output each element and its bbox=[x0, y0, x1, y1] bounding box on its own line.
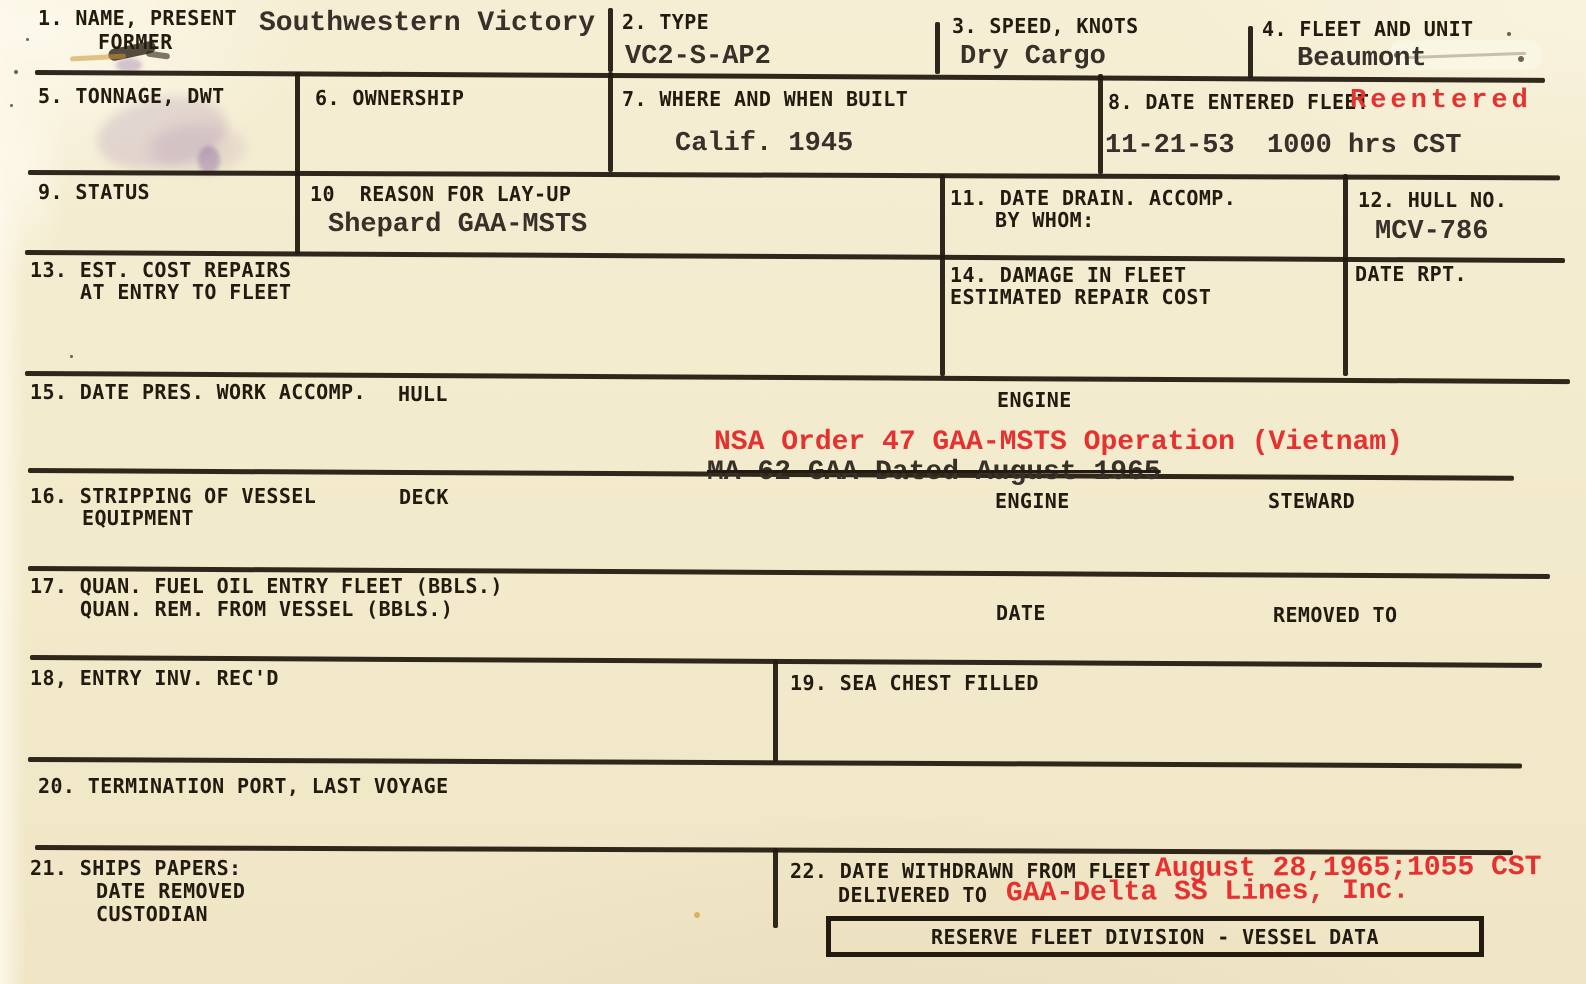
grid-line-v1 bbox=[608, 8, 613, 72]
field-5-label: 5. TONNAGE, DWT bbox=[38, 84, 225, 108]
field-12-label: 12. HULL NO. bbox=[1358, 188, 1507, 212]
field-9-label: 9. STATUS bbox=[38, 180, 150, 204]
grid-line-v10 bbox=[773, 660, 778, 762]
field-16-steward-label: STEWARD bbox=[1268, 489, 1355, 513]
field-8-value: 11-21-53 1000 hrs CST bbox=[1105, 131, 1461, 161]
paper-speck-orange bbox=[694, 912, 700, 918]
field-16-sublabel: EQUIPMENT bbox=[82, 506, 194, 530]
vessel-data-card: 1. NAME, PRESENT FORMER Southwestern Vic… bbox=[0, 0, 1586, 984]
field-6-label: 6. OWNERSHIP bbox=[315, 86, 464, 110]
field-8-label: 8. DATE ENTERED FLEET bbox=[1108, 90, 1369, 114]
field-21-sublabel-date-removed: DATE REMOVED bbox=[96, 879, 245, 903]
paper-speck-2 bbox=[10, 104, 13, 107]
field-1-label: 1. NAME, PRESENT bbox=[38, 6, 237, 30]
field-20-label: 20. TERMINATION PORT, LAST VOYAGE bbox=[38, 774, 449, 798]
grid-line-v4 bbox=[295, 72, 300, 172]
field-17-date-label: DATE bbox=[996, 601, 1046, 625]
field-15-nsa-order-stamp: NSA Order 47 GAA-MSTS Operation (Vietnam… bbox=[714, 427, 1403, 458]
field-14-label: 14. DAMAGE IN FLEET bbox=[950, 263, 1186, 287]
field-17-removed-to-label: REMOVED TO bbox=[1273, 603, 1397, 627]
field-15-engine-label: ENGINE bbox=[997, 388, 1072, 412]
field-11-sublabel: BY WHOM: bbox=[995, 208, 1095, 232]
paper-speck-5 bbox=[1507, 32, 1511, 36]
field-21-label: 21. SHIPS PAPERS: bbox=[30, 856, 242, 880]
paper-speck-3 bbox=[26, 38, 29, 41]
grid-line-v11 bbox=[773, 848, 778, 928]
whiteout-dot-right bbox=[1518, 56, 1524, 62]
grid-line-v9 bbox=[1343, 174, 1348, 376]
field-1-sublabel: FORMER bbox=[98, 30, 173, 54]
field-15-hull-label: HULL bbox=[398, 382, 448, 406]
field-16-deck-label: DECK bbox=[399, 485, 449, 509]
grid-line-v3 bbox=[1248, 26, 1253, 78]
grid-line-v7 bbox=[295, 172, 300, 254]
paper-speck-1 bbox=[14, 70, 18, 74]
banner-box: RESERVE FLEET DIVISION - VESSEL DATA bbox=[826, 916, 1484, 957]
field-16-engine-label: ENGINE bbox=[995, 489, 1070, 513]
field-17-label: 17. QUAN. FUEL OIL ENTRY FLEET (BBLS.) bbox=[30, 574, 503, 598]
field-1-value: Southwestern Victory bbox=[259, 8, 595, 39]
grid-line-v2 bbox=[935, 22, 940, 74]
field-15-struck-entry: MA-62-GAA Dated August 1965 bbox=[707, 457, 1161, 488]
field-8-reentered-stamp: Reentered bbox=[1350, 86, 1532, 116]
field-11-label: 11. DATE DRAIN. ACCOMP. bbox=[950, 186, 1236, 210]
grid-line-v6 bbox=[1098, 74, 1103, 174]
field-16-label: 16. STRIPPING OF VESSEL bbox=[30, 484, 316, 508]
field-4-label: 4. FLEET AND UNIT bbox=[1262, 17, 1474, 41]
field-7-label: 7. WHERE AND WHEN BUILT bbox=[622, 87, 908, 111]
field-18-label: 18, ENTRY INV. REC'D bbox=[30, 666, 279, 690]
field-10-value: Shepard GAA-MSTS bbox=[328, 210, 587, 240]
field-7-value: Calif. 1945 bbox=[675, 129, 853, 159]
field-13-sublabel: AT ENTRY TO FLEET bbox=[80, 280, 292, 304]
field-17-sublabel: QUAN. REM. FROM VESSEL (BBLS.) bbox=[80, 597, 453, 621]
field-2-label: 2. TYPE bbox=[622, 10, 709, 34]
field-14-date-rpt-label: DATE RPT. bbox=[1355, 262, 1467, 286]
field-2-value: VC2-S-AP2 bbox=[625, 42, 771, 72]
paper-speck-4 bbox=[70, 355, 73, 358]
field-4-value: Beaumont bbox=[1297, 44, 1427, 74]
field-22-delivered-to-stamp: GAA-Delta SS Lines, Inc. bbox=[1006, 876, 1409, 910]
field-13-label: 13. EST. COST REPAIRS bbox=[30, 258, 291, 282]
grid-line-v5 bbox=[608, 72, 613, 172]
field-3-label: 3. SPEED, KNOTS bbox=[952, 14, 1139, 38]
field-14-sublabel: ESTIMATED REPAIR COST bbox=[950, 285, 1211, 309]
field-21-sublabel-custodian: CUSTODIAN bbox=[96, 902, 208, 926]
grid-line-h2 bbox=[28, 170, 1560, 180]
field-19-label: 19. SEA CHEST FILLED bbox=[790, 671, 1039, 695]
grid-line-v8 bbox=[940, 174, 945, 376]
field-10-label: 10 REASON FOR LAY-UP bbox=[310, 182, 571, 206]
banner-title: RESERVE FLEET DIVISION - VESSEL DATA bbox=[931, 925, 1379, 949]
field-12-value: MCV-786 bbox=[1375, 217, 1488, 247]
field-3-value: Dry Cargo bbox=[960, 42, 1106, 72]
field-22-sublabel-delivered-to: DELIVERED TO bbox=[838, 883, 987, 907]
field-15-label: 15. DATE PRES. WORK ACCOMP. bbox=[30, 380, 366, 404]
